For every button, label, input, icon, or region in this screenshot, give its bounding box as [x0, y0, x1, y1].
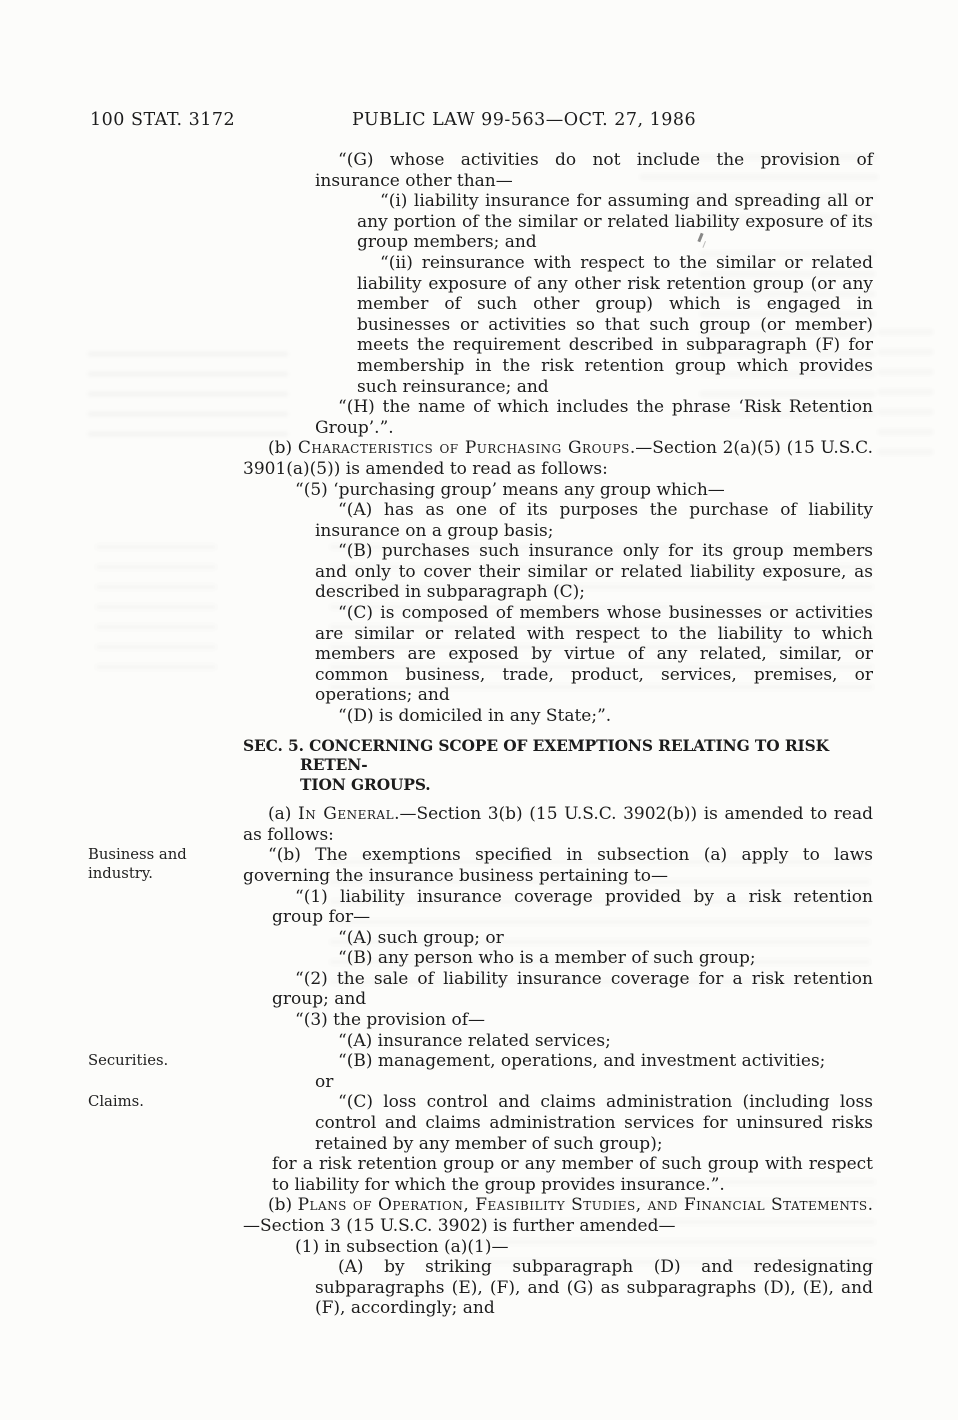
text-segment: Plans of Operation, Feasibility Studies,… — [298, 1195, 868, 1215]
para-1-in-subsection: (1) in subsection (a)(1)— — [243, 1237, 873, 1258]
text-segment: In General — [298, 804, 394, 824]
text-segment: Characteristics of Purchasing Groups — [298, 438, 630, 458]
section-5-heading: SEC. 5. CONCERNING SCOPE OF EXEMPTIONS R… — [243, 737, 873, 796]
text-segment: (b) — [268, 438, 298, 458]
running-head: 100 STAT. 3172 PUBLIC LAW 99-563—OCT. 27… — [0, 110, 958, 134]
text-segment: (a) — [268, 804, 298, 824]
bleed-through-artifact — [96, 545, 216, 675]
text-segment: “(H) the name of which includes the phra… — [315, 397, 873, 438]
subpara-B-any-person: “(B) any person who is a member of such … — [243, 948, 873, 969]
subpara-D-domiciled: “(D) is domiciled in any State;”. — [243, 706, 873, 727]
text-segment: “(A) insurance related services; — [338, 1031, 611, 1051]
margin-note: Securities. — [88, 1052, 230, 1071]
subpara-C-composed: “(C) is composed of members whose busine… — [243, 603, 873, 706]
text-segment: “(B) any person who is a member of such … — [338, 948, 756, 968]
subpara-A-services: “(A) insurance related services; — [243, 1031, 873, 1052]
text-segment: “(C) loss control and claims administrat… — [315, 1092, 873, 1153]
text-segment: (A) by striking subparagraph (D) and red… — [315, 1257, 873, 1318]
text-segment: for a risk retention group or any member… — [272, 1154, 873, 1195]
text-segment: “(1) liability insurance coverage provid… — [272, 887, 873, 928]
text-segment: “(B) management, operations, and investm… — [338, 1051, 825, 1071]
text-segment: “(A) such group; or — [338, 928, 504, 948]
text-segment: (b) — [268, 1195, 298, 1215]
subpara-G: “(G) whose activities do not include the… — [243, 150, 873, 191]
text-segment: “(i) liability insurance for assuming an… — [357, 191, 873, 252]
subpara-A-striking: (A) by striking subparagraph (D) and red… — [243, 1257, 873, 1319]
text-segment: “(B) purchases such insurance only for i… — [315, 541, 873, 602]
subsection-b-plans: (b) Plans of Operation, Feasibility Stud… — [243, 1195, 873, 1236]
statutes-page-number: 100 STAT. 3172 — [90, 110, 235, 130]
subsection-a-in-general: (a) In General.—Section 3(b) (15 U.S.C. … — [243, 804, 873, 845]
text-column: “(G) whose activities do not include the… — [243, 150, 873, 1319]
subpara-C-loss-control: “(C) loss control and claims administrat… — [243, 1092, 873, 1154]
text-segment: or — [315, 1072, 333, 1092]
clause-i: “(i) liability insurance for assuming an… — [243, 191, 873, 253]
para-b-exemptions: “(b) The exemptions specified in subsect… — [243, 845, 873, 886]
para-3-provision: “(3) the provision of— — [243, 1010, 873, 1031]
para-2-sale: “(2) the sale of liability insurance cov… — [243, 969, 873, 1010]
bleed-through-artifact — [878, 330, 933, 470]
subpara-H: “(H) the name of which includes the phra… — [243, 397, 873, 438]
para-5-purchasing-group: “(5) ‘purchasing group’ means any group … — [243, 480, 873, 501]
text-segment: “(A) has as one of its purposes the purc… — [315, 500, 873, 541]
subpara-B-management: “(B) management, operations, and investm… — [243, 1051, 873, 1092]
subpara-A-purposes: “(A) has as one of its purposes the purc… — [243, 500, 873, 541]
text-segment: (1) in subsection (a)(1)— — [295, 1237, 508, 1257]
margin-note: Claims. — [88, 1093, 230, 1112]
text-segment: “(b) The exemptions specified in subsect… — [243, 845, 873, 886]
closing-flush: for a risk retention group or any member… — [243, 1154, 873, 1195]
text-segment: SEC. 5. CONCERNING SCOPE OF EXEMPTIONS R… — [243, 737, 829, 775]
subpara-B-purchases: “(B) purchases such insurance only for i… — [243, 541, 873, 603]
text-segment: TION GROUPS. — [300, 776, 431, 794]
text-segment: “(3) the provision of— — [295, 1010, 485, 1030]
scanned-statute-page: 100 STAT. 3172 PUBLIC LAW 99-563—OCT. 27… — [0, 0, 958, 1420]
text-segment: “(D) is domiciled in any State;”. — [338, 706, 611, 726]
subpara-A-such-group: “(A) such group; or — [243, 928, 873, 949]
text-segment: “(G) whose activities do not include the… — [315, 150, 873, 191]
text-segment: “(2) the sale of liability insurance cov… — [272, 969, 873, 1010]
margin-note: Business and industry. — [88, 846, 230, 883]
clause-ii: “(ii) reinsurance with respect to the si… — [243, 253, 873, 397]
text-segment: “(ii) reinsurance with respect to the si… — [357, 253, 873, 397]
public-law-citation: PUBLIC LAW 99-563—OCT. 27, 1986 — [352, 110, 696, 130]
para-1-liability-coverage: “(1) liability insurance coverage provid… — [243, 887, 873, 928]
subsection-b-characteristics: (b) Characteristics of Purchasing Groups… — [243, 438, 873, 479]
text-segment: “(5) ‘purchasing group’ means any group … — [295, 480, 725, 500]
text-segment: “(C) is composed of members whose busine… — [315, 603, 873, 705]
